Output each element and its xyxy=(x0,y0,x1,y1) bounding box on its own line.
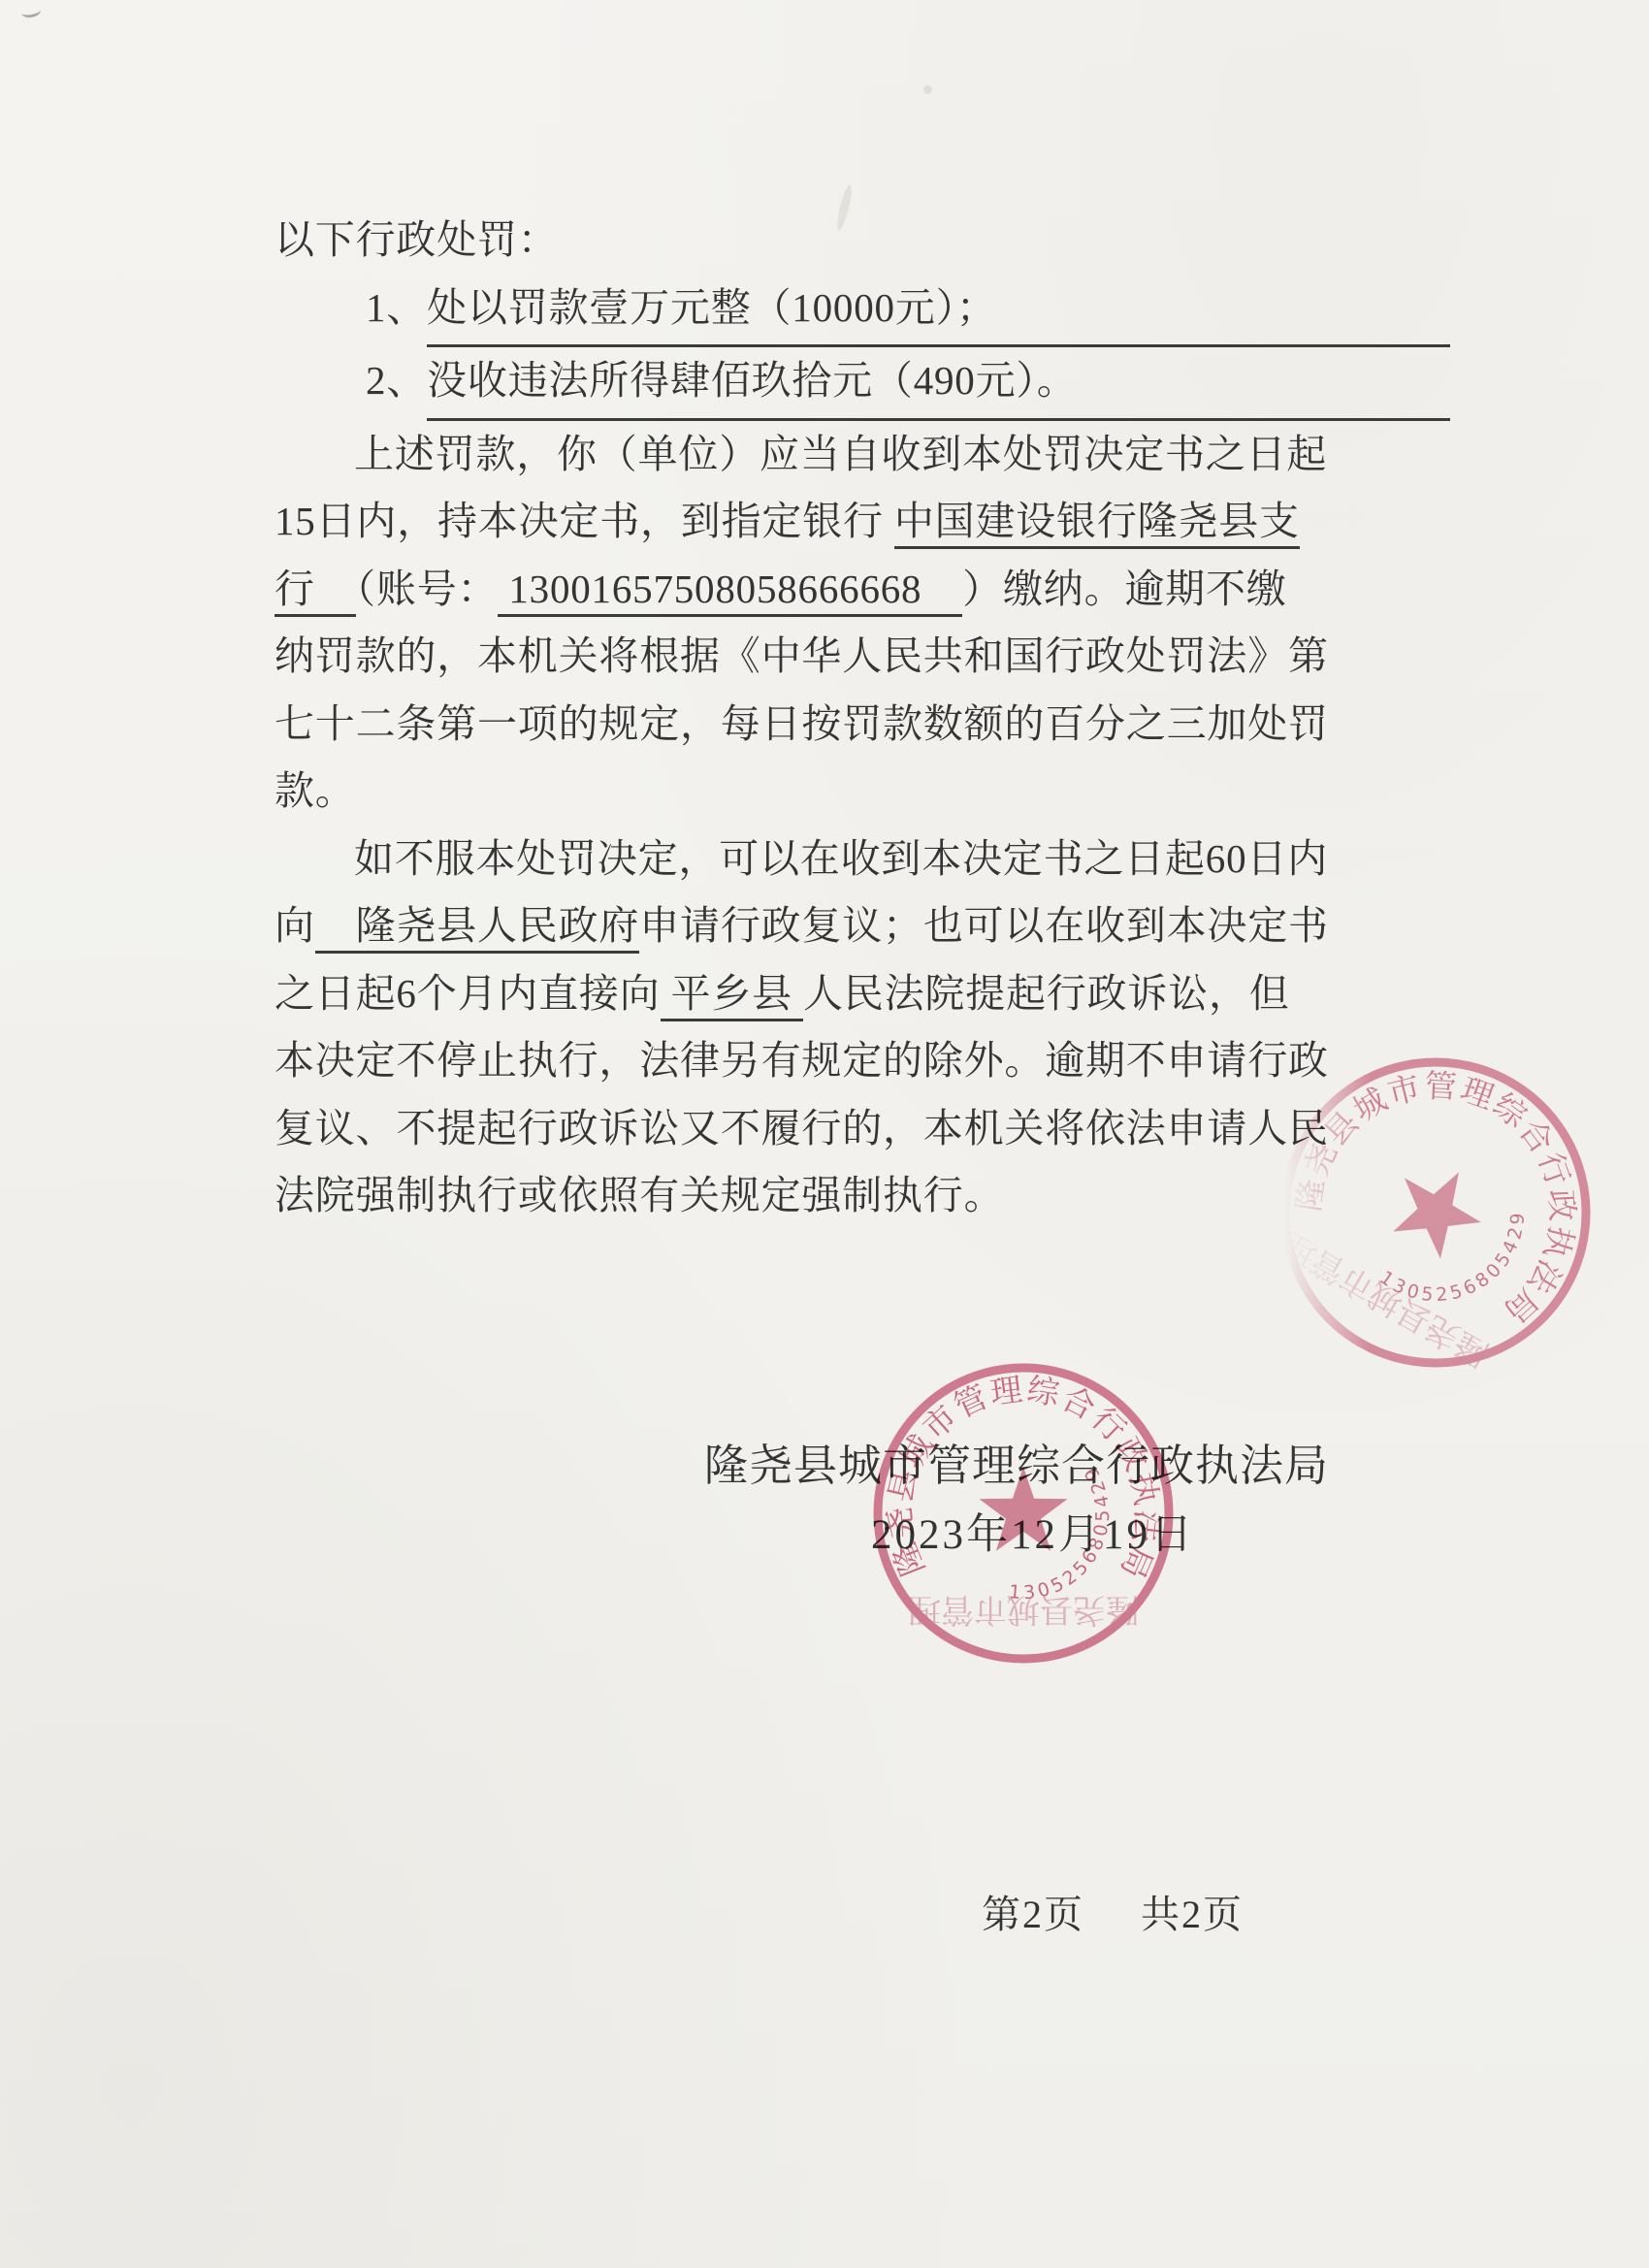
scanned-penalty-decision-page: 以下行政处罚： 1、处以罚款壹万元整（10000元）； 2、没收违法所得肆佰玖拾… xyxy=(0,0,1649,2268)
bank-name-underlined: 中国建设银行隆尧县支 xyxy=(894,499,1300,549)
text-segment: 15日内，持本决定书，到指定银行 xyxy=(275,499,894,543)
account-number-underlined: 13001657508058666668 xyxy=(498,567,962,617)
seal-star-icon xyxy=(1378,1150,1497,1268)
text-line: 行 （账号： 13001657508058666668 ）缴纳。逾期不缴 xyxy=(275,556,1390,624)
underlined-segment: 处以罚款壹万元整（10000元）； xyxy=(427,275,1450,348)
text-line: 15日内，持本决定书，到指定银行 中国建设银行隆尧县支 xyxy=(275,488,1390,556)
seal-ghost-text: 隆尧县城市管理 xyxy=(908,1591,1139,1628)
text-line: 以下行政处罚： xyxy=(275,207,1390,275)
text-line: 本决定不停止执行，法律另有规定的除外。逾期不申请行政 xyxy=(275,1027,1390,1095)
text-segment: （账号： xyxy=(356,567,499,611)
text-line: 七十二条第一项的规定，每日按罚款数额的百分之三加处罚 xyxy=(275,691,1390,759)
scan-artifact xyxy=(923,85,932,94)
official-seal: 隆尧县城市管理综合行政执法局 1305256805429 隆尧县城市管理 xyxy=(849,1339,1198,1688)
court-name-underlined: 平乡县 xyxy=(661,971,804,1021)
review-authority-underlined: 隆尧县人民政府 xyxy=(315,903,639,954)
text-segment: 以下行政处罚： xyxy=(275,217,559,262)
scan-artifact xyxy=(20,4,42,18)
text-segment: 申请行政复议；也可以在收到本决定书 xyxy=(639,903,1329,948)
text-segment: 2、 xyxy=(366,358,427,403)
text-line: 复议、不提起行政诉讼又不履行的，本机关将依法申请人民 xyxy=(275,1095,1390,1163)
page-footer: 第2页共2页 xyxy=(982,1884,1244,1939)
page-number: 第2页 xyxy=(982,1893,1084,1936)
text-line: 向 隆尧县人民政府申请行政复议；也可以在收到本决定书 xyxy=(275,892,1390,960)
text-segment: 之日起6个月内直接向 xyxy=(275,971,661,1016)
text-segment: ）缴纳。逾期不缴 xyxy=(962,567,1286,611)
text-line: 纳罚款的，本机关将根据《中华人民共和国行政处罚法》第 xyxy=(275,623,1390,691)
page-total: 共2页 xyxy=(1141,1893,1244,1936)
text-line: 之日起6个月内直接向 平乡县 人民法院提起行政诉讼，但 xyxy=(275,960,1390,1028)
text-line: 法院强制执行或依照有关规定强制执行。 xyxy=(275,1162,1390,1230)
penalty-item-1: 1、处以罚款壹万元整（10000元）； xyxy=(275,275,1390,348)
text-segment: 向 xyxy=(275,903,315,948)
text-segment: 如不服本处罚决定，可以在收到本决定书之日起60日内 xyxy=(354,836,1328,881)
text-segment: 法院强制执行或依照有关规定强制执行。 xyxy=(275,1173,1004,1217)
text-segment: 纳罚款的，本机关将根据《中华人民共和国行政处罚法》第 xyxy=(275,633,1329,678)
text-line: 如不服本处罚决定，可以在收到本决定书之日起60日内 xyxy=(275,826,1390,893)
seal-star-icon xyxy=(980,1467,1068,1551)
text-segment: 人民法院提起行政诉讼，但 xyxy=(803,971,1290,1016)
text-line: 上述罚款，你（单位）应当自收到本处罚决定书之日起 xyxy=(275,421,1390,489)
text-line: 款。 xyxy=(275,758,1390,826)
text-segment: 复议、不提起行政诉讼又不履行的，本机关将依法申请人民 xyxy=(275,1106,1329,1150)
partial-seal: 隆尧县城市管理综合行政执法局 1305256805429 隆尧县城市管理 xyxy=(1256,1033,1615,1392)
text-segment: 款。 xyxy=(275,768,356,813)
text-segment: 1、 xyxy=(366,285,427,330)
penalty-item-2: 2、没收违法所得肆佰玖拾元（490元）。 xyxy=(275,347,1390,421)
text-segment: 七十二条第一项的规定，每日按罚款数额的百分之三加处罚 xyxy=(275,701,1329,746)
underlined-segment: 没收违法所得肆佰玖拾元（490元）。 xyxy=(427,347,1450,421)
underlined-segment: 行 xyxy=(275,567,356,617)
text-segment: 上述罚款，你（单位）应当自收到本处罚决定书之日起 xyxy=(354,432,1327,476)
text-segment: 本决定不停止执行，法律另有规定的除外。逾期不申请行政 xyxy=(275,1038,1329,1083)
document-body: 以下行政处罚： 1、处以罚款壹万元整（10000元）； 2、没收违法所得肆佰玖拾… xyxy=(275,207,1390,1230)
